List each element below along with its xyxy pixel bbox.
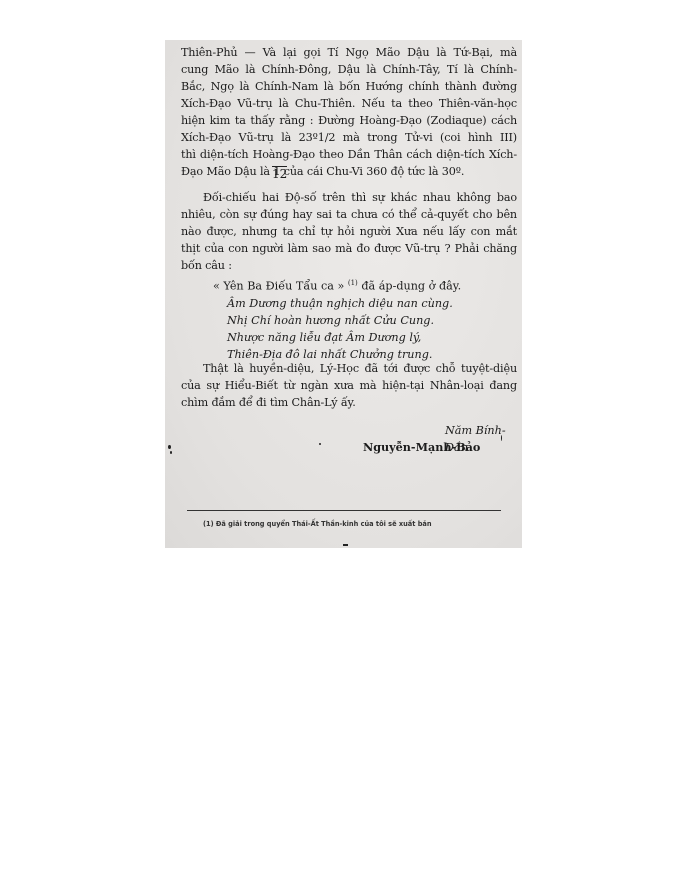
text-line: Đối-chiếu hai Độ-số trên thì sự khác nha… [181, 189, 517, 206]
poem-line: Âm Dương thuận nghịch diệu nan cùng. [227, 295, 461, 312]
text-line: Thiên-Phủ — Và lại gọi Tí Ngọ Mão Dậu là… [181, 44, 517, 61]
signature-author: Nguyễn-Mạnh-Bảo [363, 439, 480, 456]
text-line: nhiêu, còn sự đúng hay sai ta chưa có th… [181, 206, 517, 223]
fraction-denominator: 12 [272, 166, 287, 181]
paragraph-3: Thật là huyền-diệu, Lý-Học đã tới được c… [181, 360, 517, 411]
text-line: chìm đắm để đi tìm Chân-Lý ấy. [181, 394, 517, 411]
text-line: cung Mão là Chính-Đông, Dậu là Chính-Tây… [181, 61, 517, 78]
scan-speck [170, 451, 172, 454]
poem: « Yên Ba Điếu Tẩu ca » (1) đã áp-dụng ở … [213, 275, 461, 363]
scan-speck [343, 544, 348, 546]
text-line: Xích-Đạo Vũ-trụ là Chu-Thiên. Nếu ta the… [181, 95, 517, 112]
text-line: của sự Hiểu-Biết từ ngàn xưa mà hiện-tại… [181, 377, 517, 394]
poem-title: « Yên Ba Điếu Tẩu ca » [213, 280, 344, 293]
text-line: hiện kim ta thấy rằng : Đường Hoàng-Đạo … [181, 112, 517, 129]
paragraph-1: Thiên-Phủ — Và lại gọi Tí Ngọ Mão Dậu là… [181, 44, 517, 180]
scan-speck [168, 445, 171, 449]
text-line: Thật là huyền-diệu, Lý-Học đã tới được c… [181, 360, 517, 377]
scan-speck [319, 443, 321, 445]
text-line: thì diện-tích Hoàng-Đạo theo Dần Thân cá… [181, 146, 517, 163]
footnote-divider [187, 510, 501, 511]
text-line: nào được, nhưng ta chỉ tự hỏi người Xưa … [181, 223, 517, 240]
poem-line: Nhược năng liễu đạt Âm Dương lý, [227, 329, 461, 346]
scan-speck [501, 435, 502, 441]
text-line: Đạo Mão Dậu là 1 của cái Chu-Vi 360 độ t… [181, 163, 517, 180]
text-line: bốn câu : [181, 257, 517, 274]
scanned-page: Thiên-Phủ — Và lại gọi Tí Ngọ Mão Dậu là… [165, 40, 522, 548]
footnote-ref: (1) [348, 279, 358, 287]
text-line: thịt của con người làm sao mà đo được Vũ… [181, 240, 517, 257]
paragraph-2: Đối-chiếu hai Độ-số trên thì sự khác nha… [181, 189, 517, 274]
text-line: Bắc, Ngọ là Chính-Nam là bốn Hướng chính… [181, 78, 517, 95]
poem-intro: « Yên Ba Điếu Tẩu ca » (1) đã áp-dụng ở … [213, 275, 461, 295]
footnote: (1) Đã giải trong quyển Thái-Ất Thần-kin… [203, 516, 432, 533]
poem-line: Nhị Chí hoàn hương nhất Cửu Cung. [227, 312, 461, 329]
poem-intro-tail: đã áp-dụng ở đây. [361, 280, 461, 293]
text-line: Xích-Đạo Vũ-trụ là 23º1/2 mà trong Tử-vi… [181, 129, 517, 146]
